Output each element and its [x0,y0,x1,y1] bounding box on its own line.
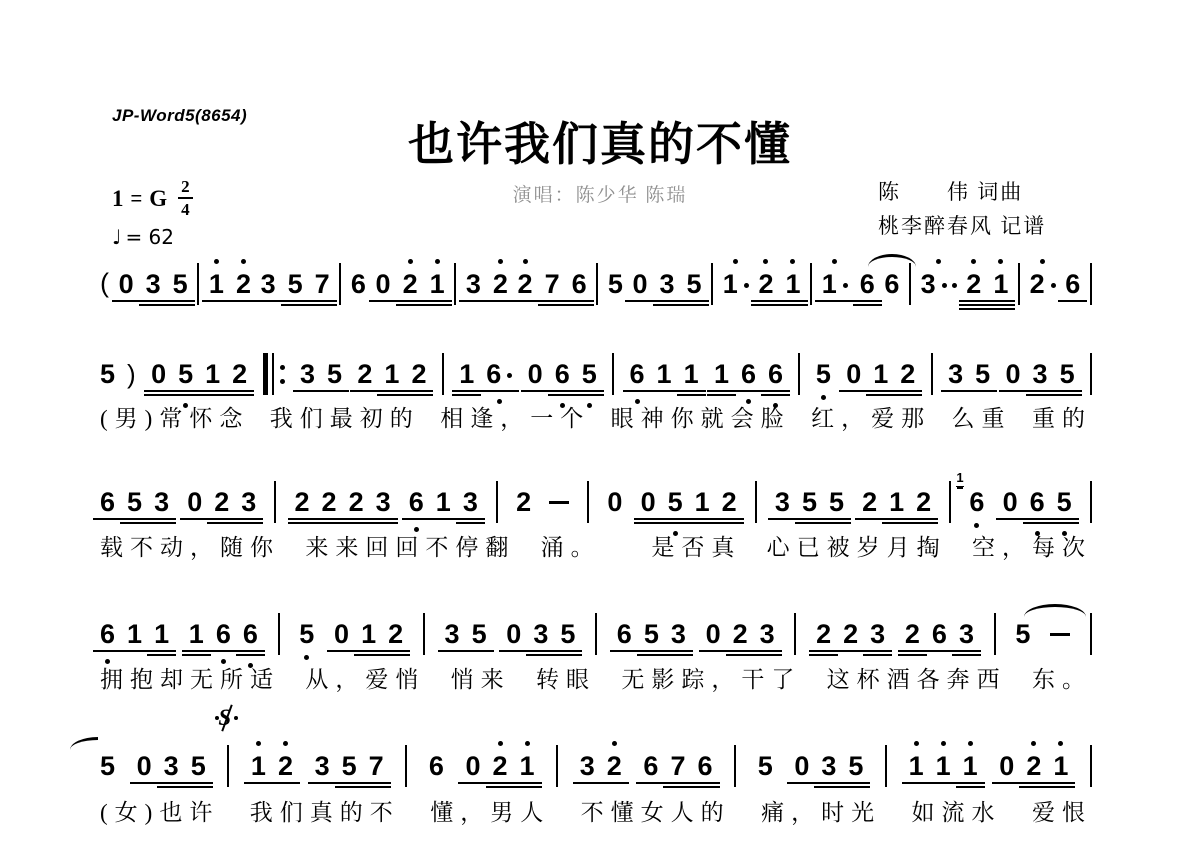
beam-group: 2 [1030,268,1056,298]
beam-line [553,654,582,656]
barline [734,745,736,787]
note: 3 [921,268,957,298]
lyric-segment: 如流水 [912,794,1002,827]
barline [1018,263,1020,305]
note: 3 [671,618,686,648]
beam-line [207,518,236,520]
repeat-dot [280,379,285,384]
beam-line [898,650,927,652]
note: 1 [993,268,1008,298]
note: 0 [607,486,622,516]
beam-group: 21 [758,268,800,298]
note-digit: 1 [822,270,837,298]
note-digit: 7 [545,270,560,298]
note-digit: 2 [493,270,508,298]
note-digit: 3 [1033,360,1048,388]
note-digit: 2 [357,360,372,388]
beam-line [893,394,922,396]
beam-line [147,650,176,652]
beam-group: 32 [466,268,508,298]
beam-line [1050,522,1079,524]
beam-line [315,518,344,520]
note-digit: 1 [695,488,710,516]
lyric-segment: 眼神你就会脸 [611,400,791,433]
note-digit: 2 [278,752,293,780]
note: 5 [299,618,314,648]
note: 0 [334,618,349,648]
note-digit: 2 [295,488,310,516]
note: 6 [860,268,875,298]
lyric-segment: 懂，男人 [430,794,550,827]
beam-line [423,304,452,306]
barline [556,745,558,787]
beam-line [198,394,227,396]
beam-line [941,390,970,392]
beam-line [362,786,391,788]
beam-line [308,782,337,784]
note-digit: 6 [216,620,231,648]
beam-line [664,654,693,656]
beam-line [423,300,452,302]
note: 2 [236,268,251,298]
note-digit: 5 [100,360,115,388]
high-octave-dot [968,741,973,746]
note: 7 [369,750,384,780]
beam-line [499,650,528,652]
lyric-segment: 东。 [1032,661,1092,694]
note-digit: 2 [236,270,251,298]
beam-line [968,390,997,392]
beam-group: 111 [909,750,978,780]
beam-line [841,786,870,788]
note: 5 [327,358,342,388]
beam-line [623,390,652,392]
note-digit: 1 [430,270,445,298]
note-digit: 3 [154,488,169,516]
beam-line [909,522,938,524]
beam-group: 035 [506,618,575,648]
lyric-segment: 悄来 [451,661,511,694]
barline [755,481,757,523]
beam-line [308,300,337,302]
beam-group: 653 [100,486,169,516]
note-digit: 0 [706,620,721,648]
beam-line [956,782,985,784]
beam-line [271,782,300,784]
note: 5 [608,268,623,298]
beam-group: 611 [100,618,169,648]
notation-line-5: 5035S123576021326765035111021 [100,746,1092,780]
note-digit: 7 [315,270,330,298]
beam-group: 357 [315,750,384,780]
beam-line [634,518,663,520]
barline [587,481,589,523]
note-digit: 5 [802,488,817,516]
beam-line [661,522,690,524]
time-signature: 2 4 [178,178,193,218]
note: 5 [802,486,817,516]
note-digit: 6 [243,620,258,648]
beam-line [778,300,807,302]
note: 3 [760,618,775,648]
beam-line [688,522,717,524]
note: 1 [714,358,729,388]
beam-group: 223 [816,618,885,648]
note-digit: 2 [518,270,533,298]
note: 0 [376,268,391,298]
note-digit: 5 [327,360,342,388]
note-digit: 6 [617,620,632,648]
note: 1 [684,358,699,388]
note: 5 [342,750,357,780]
beam-line [625,300,654,302]
note: 2 [214,486,229,516]
note-digit: 1 [909,752,924,780]
beam-line [715,522,744,524]
beam-line [653,304,682,306]
beam-group: 035 [119,268,188,298]
augmentation-dots [507,373,512,378]
barline [1090,353,1092,395]
note-digit: 6 [351,270,366,298]
beam-line [809,654,838,656]
high-octave-dot [790,259,795,264]
note-digit: 2 [607,752,622,780]
barline [794,613,796,655]
note: 0 [151,358,166,388]
beam-group: 35 [300,358,342,388]
note: 3 [533,618,548,648]
lyric-segment: (女)也许 [100,794,219,827]
note: 3 [445,618,460,648]
beam-line [354,654,383,656]
beam-line [996,518,1025,520]
note-digit: 1 [963,752,978,780]
note: 1 [909,750,924,780]
key-letter: G [149,186,167,212]
beam-line [863,650,892,652]
note-digit: 2 [232,360,247,388]
grace-note: 1 [956,471,963,487]
note: 6 [572,268,587,298]
note-digit: 5 [342,752,357,780]
note: 5 [816,358,831,388]
high-octave-dot [241,259,246,264]
note-digit: 1 [205,360,220,388]
beam-line [362,782,391,784]
beam-group: 0512 [151,358,247,388]
beam-line [853,304,882,306]
beam-line [369,300,398,302]
beam-line [354,650,383,652]
beam-line [438,650,467,652]
beam-group: 166 [714,358,783,388]
beam-line [882,518,911,520]
notation-line-4: 6111665012350356530232232635 [100,614,1092,648]
note: 6 [100,618,115,648]
beam-line [902,782,931,784]
beam-line [677,394,706,396]
note: 5 [100,750,115,780]
note-digit: 3 [533,620,548,648]
barline [1090,481,1092,523]
note: 0 [846,358,861,388]
beam-line [573,782,602,784]
beam-group: 5 [608,268,623,298]
note: 6 [617,618,632,648]
beam-group: 5 [100,750,115,780]
note: 1 [1053,750,1068,780]
note: 3 [241,486,256,516]
beam-line [381,650,410,652]
beam-line [234,518,263,520]
high-octave-dot [941,741,946,746]
note: 1 [459,358,474,388]
note: 1 [154,618,169,648]
beam-group: 065 [528,358,597,388]
beam-line [171,394,200,396]
augmentation-dot [507,373,512,378]
lyric-segment: 这杯酒各奔西 [827,661,1007,694]
beam-group: 263 [905,618,974,648]
beam-line [959,304,988,306]
note-digit: 2 [966,270,981,298]
beam-line [814,782,843,784]
beam-line [526,650,555,652]
beam-line [293,390,322,392]
note: 2 [232,358,247,388]
beam-line [144,394,173,396]
note-digit: 0 [187,488,202,516]
beam-line [182,650,211,652]
beam-line [538,300,567,302]
beam-line [320,390,349,392]
note-digit: 6 [697,752,712,780]
beam-line [952,654,981,656]
note: 6 [884,268,899,298]
beam-line [130,782,159,784]
note: 0 [465,750,480,780]
note: 1 [209,268,224,298]
note: 5 [127,486,142,516]
note-digit: 1 [251,752,266,780]
augmentation-dots [942,283,957,288]
note: 6 [768,358,783,388]
note: 0 [506,618,521,648]
note-digit: 1 [189,620,204,648]
note: 6 [351,268,366,298]
beam-group: 16 [969,486,984,516]
beam-line [513,786,542,788]
note-digit: 2 [862,488,877,516]
note-digit: 5 [173,270,188,298]
note: 0 [1003,486,1018,516]
note: 7 [545,268,560,298]
beam-line [404,394,433,396]
beam-line [751,304,780,306]
barline [909,263,911,305]
beam-line [925,650,954,652]
beam-line [350,390,379,392]
note-digit: 6 [630,360,645,388]
high-octave-dot [256,741,261,746]
beam-line [369,522,398,524]
beam-line [699,650,728,652]
note: 2 [966,268,981,298]
beam-line [986,308,1015,310]
lyric-segment: 我们真的不 [250,794,400,827]
beam-line [459,300,488,302]
note: 6 [216,618,231,648]
lyric-segment: 相逢，一个 [440,400,590,433]
note-digit: 5 [100,752,115,780]
repeat-thick-bar [263,353,268,395]
beam-line [1053,394,1082,396]
note: 1 [822,268,848,298]
high-octave-dot [832,259,837,264]
repeat-begin-barline [263,353,285,395]
high-octave-dot [523,259,528,264]
note-digit: 0 [1006,360,1021,388]
beam-line [929,782,958,784]
note: 2 [722,486,737,516]
repeat-thin-bar [272,353,274,395]
note: 5 [975,358,990,388]
note-digit: 2 [214,488,229,516]
beam-group: 3 [921,268,957,298]
credit-line-2: 桃李醉春风 记谱 [878,210,1046,244]
note: 2 [1030,268,1056,298]
beam-line [768,518,797,520]
note-digit: 0 [465,752,480,780]
beam-line [281,304,310,306]
beam-line [456,522,485,524]
beam-line [166,304,195,306]
note: 1 [963,750,978,780]
note-digit: 6 [643,752,658,780]
barline [798,353,800,395]
note-digit: 1 [714,360,729,388]
note-digit: 6 [1065,270,1080,298]
beam-line [680,300,709,302]
note: 2 [493,750,508,780]
beam-line [513,782,542,784]
beam-line [396,300,425,302]
beam-group: 5 [1015,618,1030,648]
note: 3 [164,750,179,780]
beam-line [1053,390,1082,392]
beam-line [734,390,763,392]
note: 3 [300,358,315,388]
note: 2 [357,358,372,388]
beam-line [898,654,927,656]
lyrics-line-4: (女)也许我们真的不懂，男人不懂女人的痛，时光如流水爱恨 [100,794,1092,827]
beam-line [377,394,406,396]
note: 1 [695,486,710,516]
beam-line [839,390,868,392]
note: 3 [775,486,790,516]
beam-line [377,390,406,392]
beam-group: 5 [299,618,314,648]
tie-arc-end [70,737,98,750]
high-octave-dot [971,259,976,264]
key-base: 1 [112,186,124,212]
note-digit: 6 [555,360,570,388]
beam-line [458,782,487,784]
note: 6 [486,358,512,388]
note: 5 [560,618,575,648]
barline [949,481,951,523]
high-octave-dot [498,741,503,746]
note-digit: 1 [384,360,399,388]
barline [595,613,597,655]
note: 0 [999,750,1014,780]
beam-line [634,522,663,524]
beam-line [787,782,816,784]
note: 5 [1015,618,1030,648]
beam-line [866,390,895,392]
beam-line [992,782,1021,784]
note: 1 [251,750,266,780]
held-note-dash [549,501,569,504]
tempo-marking: ♩ = 62 [112,225,193,249]
credit-line-1: 陈 伟 词曲 [878,176,1046,210]
beam-group: 5 [758,750,773,780]
beam-line [795,522,824,524]
beam-group: 21 [966,268,1008,298]
note: 5 [758,750,773,780]
beam-line [715,518,744,520]
note-digit: 6 [932,620,947,648]
beam-line [986,300,1015,302]
note-digit: 2 [516,488,531,516]
beam-line [521,390,550,392]
beam-line [139,304,168,306]
note: 2 [733,618,748,648]
beam-group: 1 [723,268,749,298]
note-digit: 5 [975,360,990,388]
note: 5 [1060,358,1075,388]
note-digit: 1 [936,752,951,780]
high-octave-dot [1031,741,1036,746]
note-digit: 1 [520,752,535,780]
note-digit: 1 [361,620,376,648]
note-digit: 3 [315,752,330,780]
barline [454,263,456,305]
beam-group: 16 [822,268,875,298]
lyric-segment: 不懂女人的 [581,794,731,827]
note-digit: 3 [959,620,974,648]
note-digit: 3 [463,488,478,516]
high-octave-dot [914,741,919,746]
tempo-value: = 62 [125,225,174,249]
note-digit: 3 [580,752,595,780]
beam-line [761,394,790,396]
lyrics-line-3: 拥抱却无所适从，爱悄悄来转眼无影踪，干了这杯酒各奔西东。 [100,661,1092,694]
beam-line [680,304,709,306]
high-octave-dot [498,259,503,264]
note: 1 [723,268,749,298]
augmentation-dot [843,283,848,288]
beam-group: 065 [1003,486,1072,516]
beam-line [93,650,122,652]
note-digit: 5 [1015,620,1030,648]
note-digit: 2 [816,620,831,648]
note-digit: 5 [848,752,863,780]
note-digit: 3 [376,488,391,516]
note-digit: 1 [127,620,142,648]
notation-line-3: 653023222361320051235521216065 [100,482,1092,516]
